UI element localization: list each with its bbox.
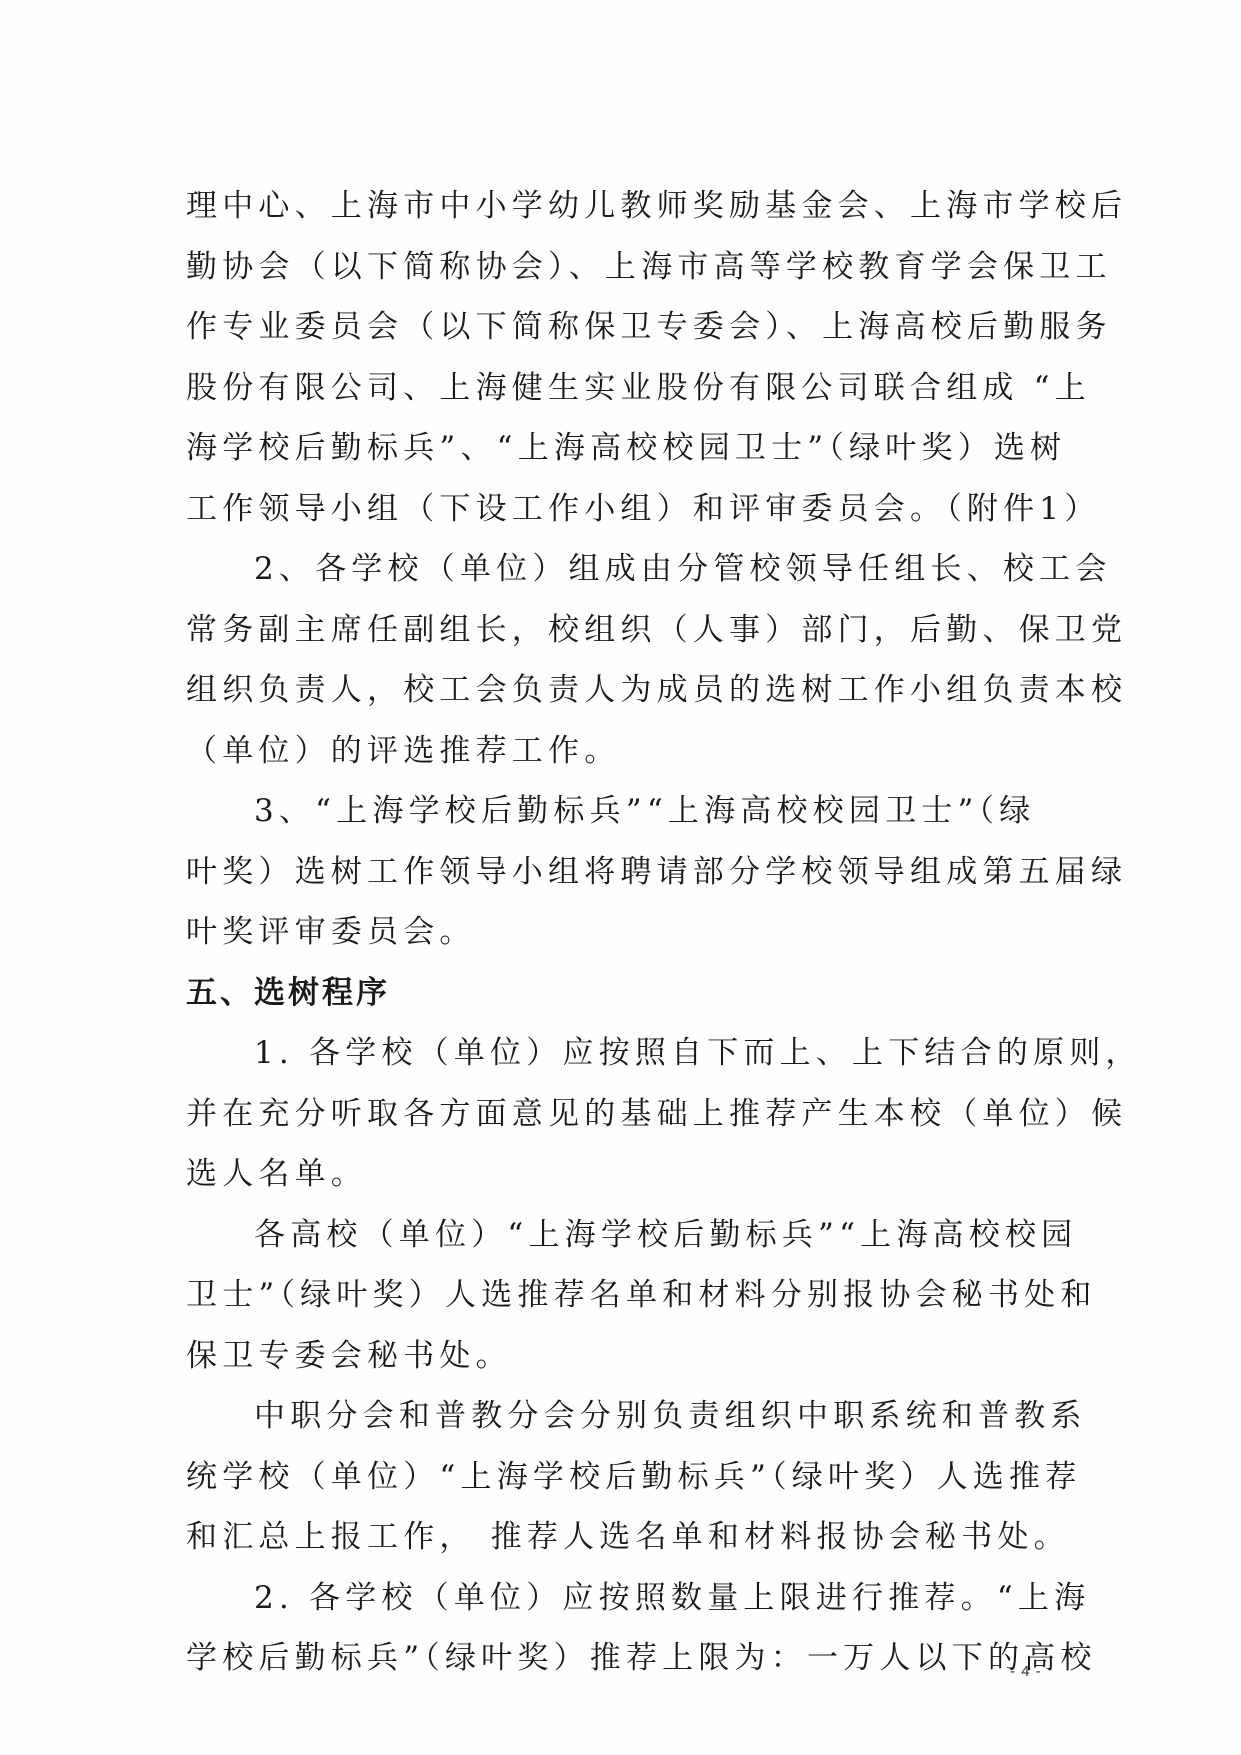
document-page: 理中心、上海市中小学幼儿教师奖励基金会、上海市学校后 勤协会（以下简称协会）、上… [0,0,1241,1755]
procedure-1-start: 1. 各学校（单位）应按照自下而上、上下结合的原则， [186,1023,1056,1084]
page-number: - 4 - [1010,1663,1042,1680]
text-line-17: 选人名单。 [186,1144,1056,1205]
text-line-22: 统学校（单位）“上海学校后勤标兵”（绿叶奖）人选推荐 [186,1447,1056,1508]
text-line-8: 常务副主席任副组长，校组织（人事）部门，后勤、保卫党 [186,600,1056,661]
text-line-25: 学校后勤标兵”（绿叶奖）推荐上限为：一万人以下的高校 [186,1628,1056,1689]
text-line-4: 股份有限公司、上海健生实业股份有限公司联合组成 “上 [186,358,1056,419]
text-line-16: 并在充分听取各方面意见的基础上推荐产生本校（单位）候 [186,1084,1056,1145]
text-line-2: 勤协会（以下简称协会）、上海市高等学校教育学会保卫工 [186,237,1056,298]
text-line-13: 叶奖评审委员会。 [186,902,1056,963]
text-line-5: 海学校后勤标兵”、“上海高校校园卫士”（绿叶奖）选树 [186,418,1056,479]
procedure-2-start: 2. 各学校（单位）应按照数量上限进行推荐。“上海 [186,1568,1056,1629]
universities-paragraph-start: 各高校（单位）“上海学校后勤标兵”“上海高校校园 [186,1205,1056,1266]
text-line-10: （单位）的评选推荐工作。 [186,721,1056,782]
text-line-12: 叶奖）选树工作领导小组将聘请部分学校领导组成第五届绿 [186,842,1056,903]
text-line-9: 组织负责人，校工会负责人为成员的选树工作小组负责本校 [186,660,1056,721]
text-line-6: 工作领导小组（下设工作小组）和评审委员会。（附件1） [186,479,1056,540]
text-line-20: 保卫专委会秘书处。 [186,1326,1056,1387]
text-line-1: 理中心、上海市中小学幼儿教师奖励基金会、上海市学校后 [186,176,1056,237]
paragraph-3-start: 3、“上海学校后勤标兵”“上海高校校园卫士”（绿 [186,781,1056,842]
paragraph-2-start: 2、各学校（单位）组成由分管校领导任组长、校工会 [186,539,1056,600]
text-line-3: 作专业委员会（以下简称保卫专委会）、上海高校后勤服务 [186,297,1056,358]
body-text: 理中心、上海市中小学幼儿教师奖励基金会、上海市学校后 勤协会（以下简称协会）、上… [186,176,1056,1689]
section-heading: 五、选树程序 [186,963,1056,1024]
text-line-23: 和汇总上报工作， 推荐人选名单和材料报协会秘书处。 [186,1507,1056,1568]
text-line-19: 卫士”（绿叶奖）人选推荐名单和材料分别报协会秘书处和 [186,1265,1056,1326]
branches-paragraph-start: 中职分会和普教分会分别负责组织中职系统和普教系 [186,1386,1056,1447]
